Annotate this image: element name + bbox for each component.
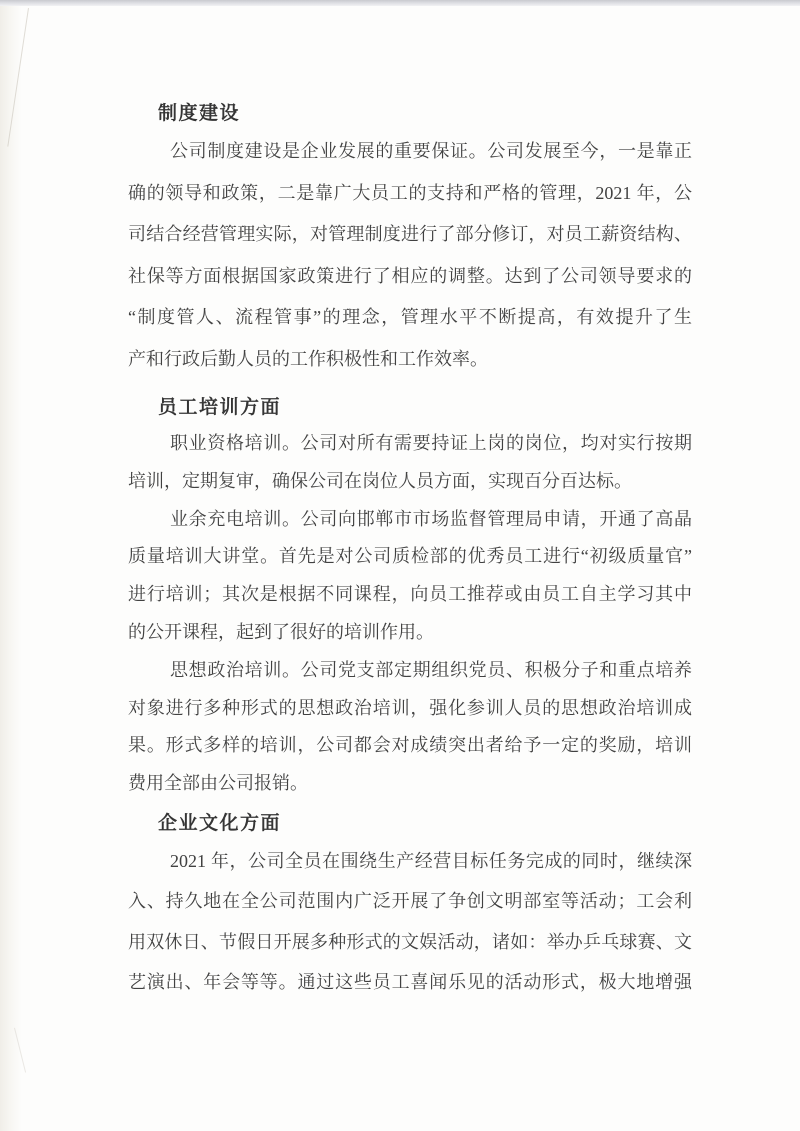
text-line: 确的领导和政策，二是靠广大员工的支持和严格的管理，2021 年，公: [128, 173, 692, 215]
section-2: 员工培训方面职业资格培训。公司对所有需要持证上岗的岗位，均对实行按期培训，定期复…: [128, 391, 692, 803]
scan-top-edge: [0, 0, 800, 6]
scan-left-shade: [0, 6, 22, 1131]
text-line: 的公开课程，起到了很好的培训作用。: [128, 614, 692, 652]
paragraph: 业余充电培训。公司向邯郸市市场监督管理局申请，开通了高晶质量培训大讲堂。首先是对…: [128, 501, 692, 652]
section-heading: 制度建设: [128, 97, 692, 131]
section-3: 企业文化方面2021 年，公司全员在围绕生产经营目标任务完成的同时，继续深入、持…: [128, 807, 692, 1003]
text-line: 培训，定期复审，确保公司在岗位人员方面，实现百分百达标。: [128, 463, 692, 501]
text-line: 入、持久地在全公司范围内广泛开展了争创文明部室等活动；工会利: [128, 881, 692, 922]
text-line: 用双休日、节假日开展多种形式的文娱活动，诸如：举办乒乓球赛、文: [128, 922, 692, 963]
text-line: 质量培训大讲堂。首先是对公司质检部的优秀员工进行“初级质量官”: [128, 538, 692, 576]
section-1: 制度建设公司制度建设是企业发展的重要保证。公司发展至今，一是靠正确的领导和政策，…: [128, 97, 692, 380]
paragraph: 2021 年，公司全员在围绕生产经营目标任务完成的同时，继续深入、持久地在全公司…: [128, 841, 692, 1003]
document-content: 制度建设公司制度建设是企业发展的重要保证。公司发展至今，一是靠正确的领导和政策，…: [128, 97, 692, 1003]
text-line: 艺演出、年会等等。通过这些员工喜闻乐见的活动形式，极大地增强: [128, 962, 692, 1003]
text-line: 公司制度建设是企业发展的重要保证。公司发展至今，一是靠正: [128, 131, 692, 173]
text-line: 司结合经营管理实际，对管理制度进行了部分修订，对员工薪资结构、: [128, 214, 692, 256]
section-heading: 企业文化方面: [128, 807, 692, 841]
text-line: 职业资格培训。公司对所有需要持证上岗的岗位，均对实行按期: [128, 425, 692, 463]
text-line: 业余充电培训。公司向邯郸市市场监督管理局申请，开通了高晶: [128, 501, 692, 539]
text-line: 社保等方面根据国家政策进行了相应的调整。达到了公司领导要求的: [128, 256, 692, 298]
text-line: 费用全部由公司报销。: [128, 765, 692, 803]
paragraph: 职业资格培训。公司对所有需要持证上岗的岗位，均对实行按期培训，定期复审，确保公司…: [128, 425, 692, 501]
paragraph: 公司制度建设是企业发展的重要保证。公司发展至今，一是靠正确的领导和政策，二是靠广…: [128, 131, 692, 380]
section-heading: 员工培训方面: [128, 391, 692, 425]
scanned-page: 制度建设公司制度建设是企业发展的重要保证。公司发展至今，一是靠正确的领导和政策，…: [0, 0, 800, 1131]
text-line: 产和行政后勤人员的工作积极性和工作效率。: [128, 339, 692, 381]
text-line: 思想政治培训。公司党支部定期组织党员、积极分子和重点培养: [128, 652, 692, 690]
text-line: 2021 年，公司全员在围绕生产经营目标任务完成的同时，继续深: [128, 841, 692, 882]
text-line: 果。形式多样的培训，公司都会对成绩突出者给予一定的奖励，培训: [128, 727, 692, 765]
text-line: “制度管人、流程管事”的理念，管理水平不断提高，有效提升了生: [128, 297, 692, 339]
paragraph: 思想政治培训。公司党支部定期组织党员、积极分子和重点培养对象进行多种形式的思想政…: [128, 652, 692, 803]
text-line: 进行培训；其次是根据不同课程，向员工推荐或由员工自主学习其中: [128, 576, 692, 614]
text-line: 对象进行多种形式的思想政治培训，强化参训人员的思想政治培训成: [128, 690, 692, 728]
